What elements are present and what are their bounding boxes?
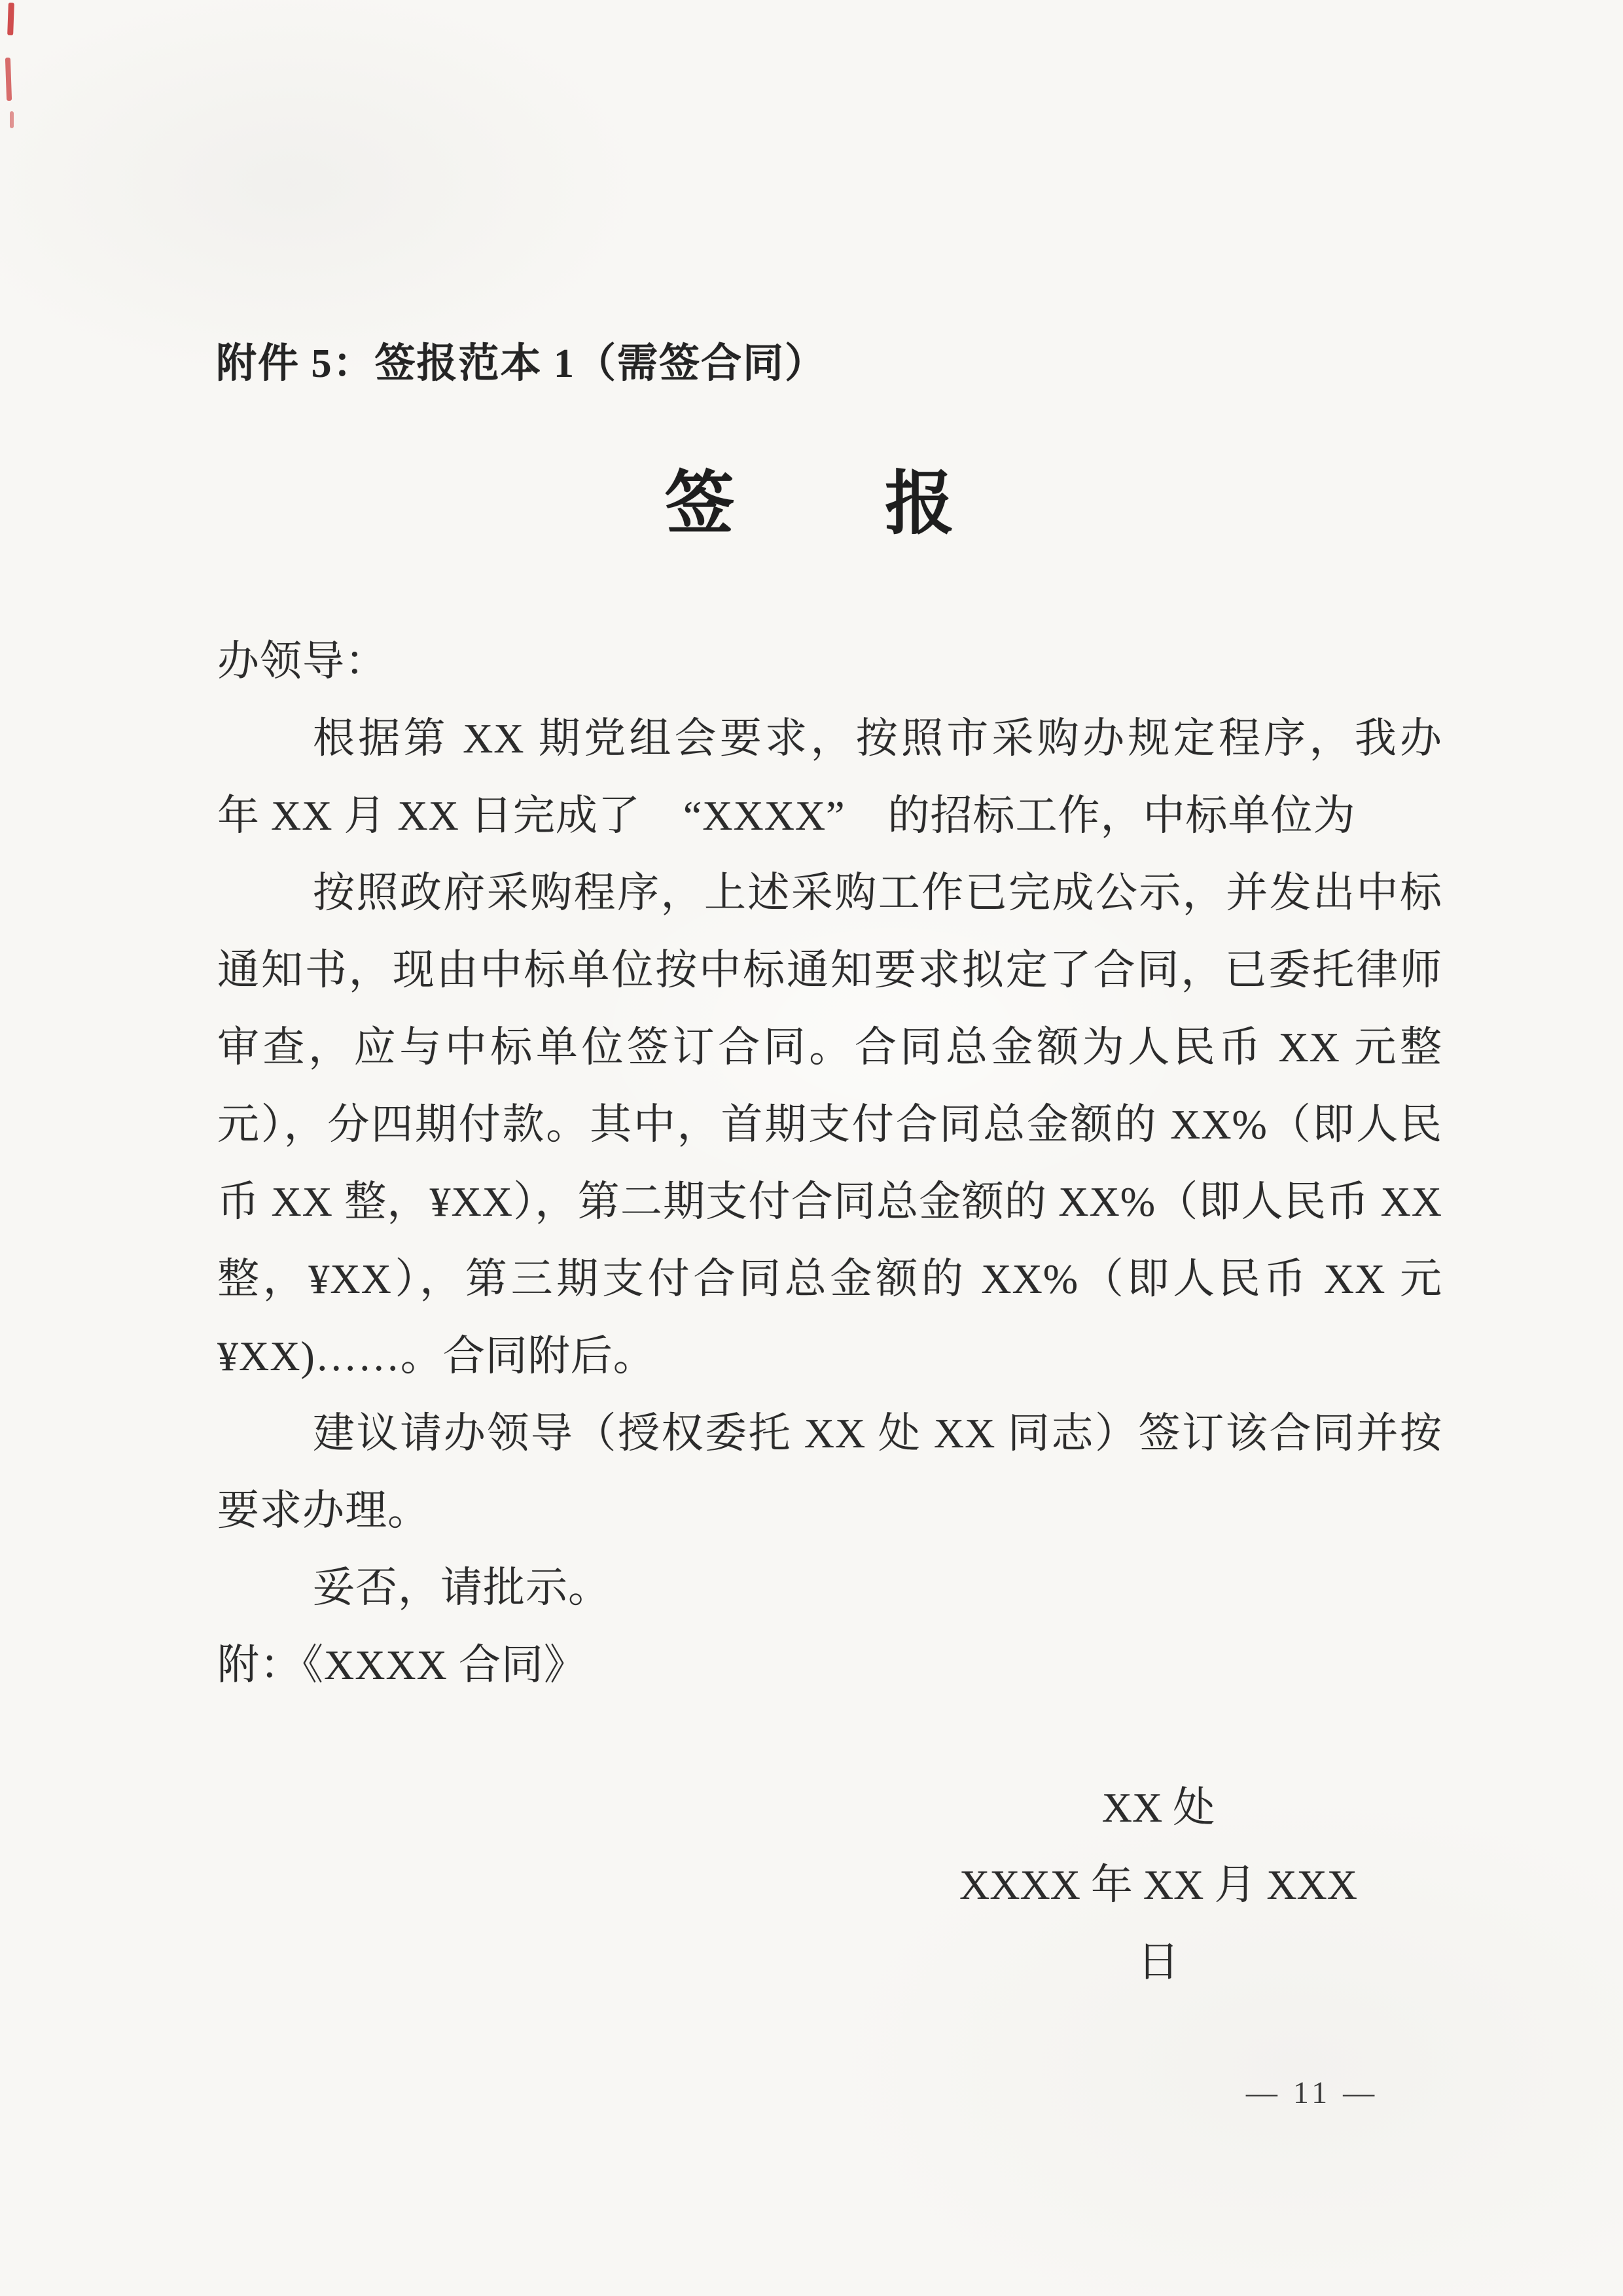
body-line: 审查，应与中标单位签订合同。合同总金额为人民币 XX 元整（¥XX	[217, 1009, 1442, 1086]
attachment-header: 附件 5：签报范本 1（需签合同）	[216, 338, 1459, 390]
scan-artifact-red-mark	[10, 111, 14, 128]
salutation: 办领导：	[217, 623, 1442, 700]
page-number: — 11 —	[1204, 2070, 1420, 2116]
signature-date: XXXX 年 XX 月 XXX 日	[949, 1846, 1368, 1924]
scan-artifact-red-mark	[7, 3, 14, 35]
body-line: 附：《XXXX 合同》	[217, 1627, 1442, 1704]
body-line: 通知书，现由中标单位按中标通知要求拟定了合同，已委托律师	[217, 932, 1442, 1009]
body-line: 妥否，请批示。	[217, 1549, 1442, 1627]
body-line: 币 XX 整，¥XX），第二期支付合同总金额的 XX%（即人民币 XX 元	[217, 1163, 1442, 1241]
document-title: 签 报	[0, 462, 1623, 547]
scan-artifact-red-mark	[5, 58, 12, 101]
document-body: 办领导： 根据第 XX 期党组会要求，按照市采购办规定程序，我办 XXXX 年 …	[217, 623, 1442, 1704]
signature-signer: XX 处	[949, 1769, 1368, 1846]
body-line: 整，¥XX），第三期支付合同总金额的 XX%（即人民币 XX 元整，	[217, 1241, 1442, 1318]
signature-block: XX 处 XXXX 年 XX 月 XXX 日	[949, 1769, 1368, 1924]
body-line: 按照政府采购程序，上述采购工作已完成公示，并发出中标	[217, 855, 1442, 932]
body-line: 根据第 XX 期党组会要求，按照市采购办规定程序，我办 XXXX	[217, 700, 1442, 777]
body-line: 要求办理。	[217, 1472, 1442, 1549]
body-line: ¥XX)……。合同附后。	[217, 1318, 1442, 1395]
body-line: 建议请办领导（授权委托 XX 处 XX 同志）签订该合同并按	[217, 1395, 1442, 1472]
scanned-document-page: 附件 5：签报范本 1（需签合同） 签 报 办领导： 根据第 XX 期党组会要求…	[0, 0, 1623, 2296]
body-line: 元），分四期付款。其中，首期支付合同总金额的 XX%（即人民	[217, 1086, 1442, 1163]
body-line: 年 XX 月 XX 日完成了 “XXXX” 的招标工作，中标单位为 XXXX。	[217, 777, 1442, 855]
